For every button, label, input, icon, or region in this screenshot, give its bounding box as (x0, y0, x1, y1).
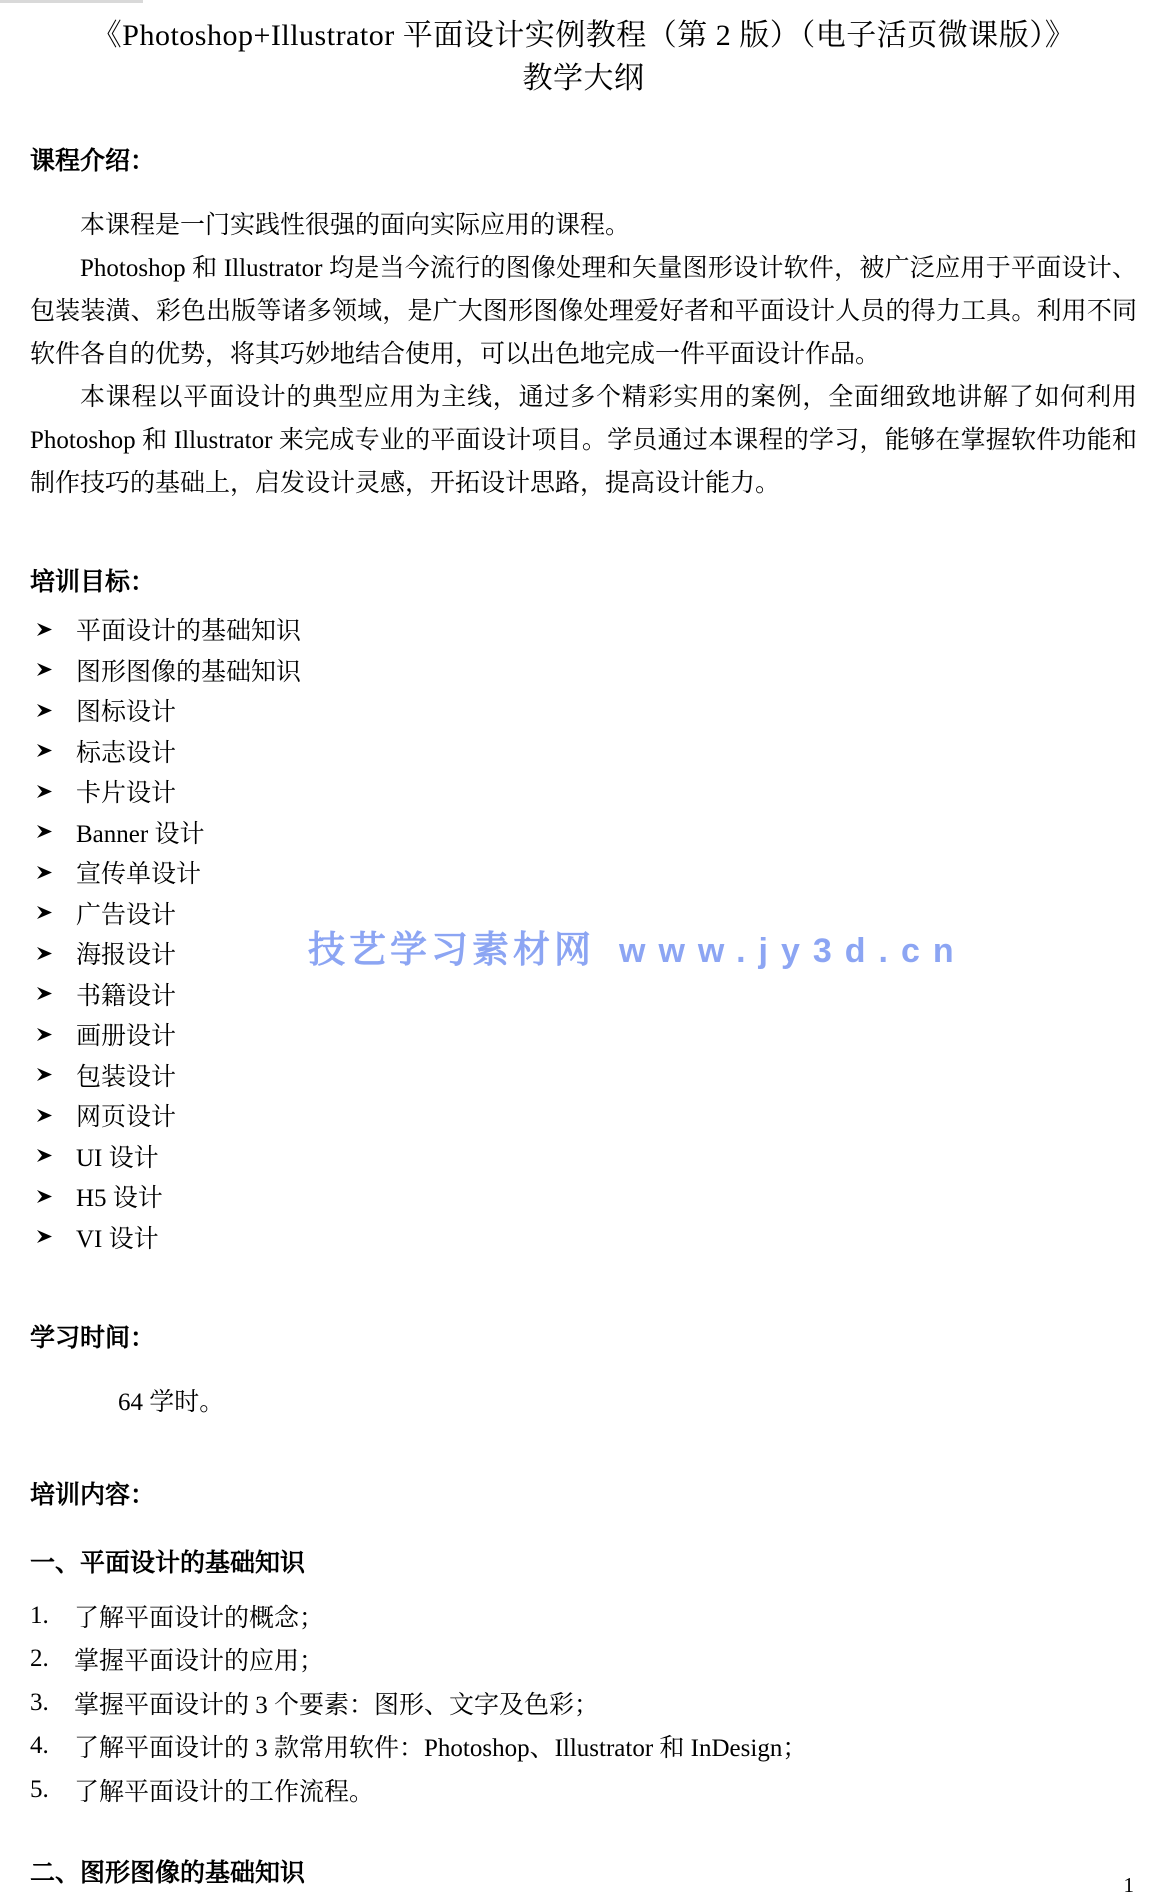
course-intro-paragraphs: 本课程是一门实践性很强的面向实际应用的课程。 Photoshop 和 Illus… (30, 204, 1137, 505)
section-1-item: 1. 了解平面设计的概念； (30, 1594, 1137, 1638)
training-goal-item: VI 设计 (30, 1217, 1137, 1258)
training-goal-label: VI 设计 (76, 1219, 159, 1255)
training-goal-item: 网页设计 (30, 1095, 1137, 1136)
arrowhead-bullet-icon (36, 1026, 54, 1043)
section-1-item: 4. 了解平面设计的 3 款常用软件：Photoshop、Illustrator… (30, 1725, 1137, 1769)
page-number: 1 (1124, 1876, 1135, 1894)
training-goal-label: UI 设计 (76, 1138, 159, 1174)
section-2-title: 二、图形图像的基础知识 (30, 1858, 1137, 1890)
training-goals-heading: 培训目标： (30, 567, 1137, 599)
arrowhead-bullet-icon (36, 1147, 54, 1164)
document-title-line1: 《Photoshop+Illustrator 平面设计实例教程（第 2 版）（电… (30, 14, 1137, 57)
arrowhead-bullet-icon (36, 985, 54, 1002)
intro-paragraph-1: 本课程是一门实践性很强的面向实际应用的课程。 (30, 204, 1137, 247)
item-number: 5. (30, 1776, 74, 1804)
training-goal-label: 平面设计的基础知识 (76, 611, 301, 647)
arrowhead-bullet-icon (36, 1107, 54, 1124)
training-goal-item: 宣传单设计 (30, 852, 1137, 893)
item-text: 了解平面设计的 3 款常用软件：Photoshop、Illustrator 和 … (74, 1728, 807, 1764)
item-number: 3. (30, 1689, 74, 1717)
item-number: 2. (30, 1645, 74, 1673)
training-goal-item: 书籍设计 (30, 974, 1137, 1015)
item-number: 4. (30, 1732, 74, 1760)
training-goal-label: 卡片设计 (76, 773, 176, 809)
training-content-heading: 培训内容： (30, 1480, 1137, 1512)
training-goal-label: 画册设计 (76, 1016, 176, 1052)
training-goal-label: 书籍设计 (76, 976, 176, 1012)
training-goal-label: 图形图像的基础知识 (76, 652, 301, 688)
section-1-item-list: 1. 了解平面设计的概念； 2. 掌握平面设计的应用； 3. 掌握平面设计的 3… (30, 1594, 1137, 1812)
arrowhead-bullet-icon (36, 864, 54, 881)
watermark-site-name: 技艺学习素材网 (308, 929, 595, 970)
section-1-item: 5. 了解平面设计的工作流程。 (30, 1768, 1137, 1812)
arrowhead-bullet-icon (36, 742, 54, 759)
training-goal-label: 标志设计 (76, 733, 176, 769)
top-edge-artifact (0, 0, 143, 3)
section-1-title: 一、平面设计的基础知识 (30, 1548, 1137, 1580)
training-goal-item: 标志设计 (30, 731, 1137, 772)
document-page: 《Photoshop+Illustrator 平面设计实例教程（第 2 版）（电… (0, 0, 1167, 1894)
intro-paragraph-3: 本课程以平面设计的典型应用为主线，通过多个精彩实用的案例，全面细致地讲解了如何利… (30, 376, 1137, 505)
training-goal-label: 图标设计 (76, 692, 176, 728)
training-goal-label: 海报设计 (76, 935, 176, 971)
arrowhead-bullet-icon (36, 1066, 54, 1083)
training-goal-label: 宣传单设计 (76, 854, 201, 890)
arrowhead-bullet-icon (36, 702, 54, 719)
training-goal-item: Banner 设计 (30, 812, 1137, 853)
section-1-item: 3. 掌握平面设计的 3 个要素：图形、文字及色彩； (30, 1681, 1137, 1725)
training-goal-label: 广告设计 (76, 895, 176, 931)
arrowhead-bullet-icon (36, 783, 54, 800)
arrowhead-bullet-icon (36, 661, 54, 678)
training-goal-label: 包装设计 (76, 1057, 176, 1093)
arrowhead-bullet-icon (36, 1188, 54, 1205)
training-goal-item: UI 设计 (30, 1136, 1137, 1177)
document-title: 《Photoshop+Illustrator 平面设计实例教程（第 2 版）（电… (30, 14, 1137, 100)
arrowhead-bullet-icon (36, 945, 54, 962)
arrowhead-bullet-icon (36, 904, 54, 921)
item-text: 掌握平面设计的应用； (74, 1641, 324, 1677)
item-text: 掌握平面设计的 3 个要素：图形、文字及色彩； (74, 1685, 599, 1721)
training-goal-item: 图标设计 (30, 690, 1137, 731)
arrowhead-bullet-icon (36, 1228, 54, 1245)
course-intro-heading: 课程介绍： (30, 146, 1137, 178)
intro-paragraph-2: Photoshop 和 Illustrator 均是当今流行的图像处理和矢量图形… (30, 247, 1137, 376)
training-goal-item: 平面设计的基础知识 (30, 609, 1137, 650)
study-time-heading: 学习时间： (30, 1323, 1137, 1355)
study-time-value: 64 学时。 (30, 1381, 1137, 1424)
training-goal-item: 卡片设计 (30, 771, 1137, 812)
document-title-line2: 教学大纲 (30, 57, 1137, 100)
item-text: 了解平面设计的概念； (74, 1598, 324, 1634)
training-goal-item: 图形图像的基础知识 (30, 650, 1137, 691)
watermark: 技艺学习素材网www.jy3d.cn (308, 919, 967, 973)
arrowhead-bullet-icon (36, 621, 54, 638)
item-text: 了解平面设计的工作流程。 (74, 1772, 374, 1808)
section-1-item: 2. 掌握平面设计的应用； (30, 1638, 1137, 1682)
arrowhead-bullet-icon (36, 823, 54, 840)
training-goal-label: Banner 设计 (76, 814, 204, 850)
training-goal-item: H5 设计 (30, 1176, 1137, 1217)
training-goal-label: 网页设计 (76, 1097, 176, 1133)
watermark-site-url: www.jy3d.cn (619, 932, 967, 970)
training-goal-item: 画册设计 (30, 1014, 1137, 1055)
item-number: 1. (30, 1602, 74, 1630)
training-goal-label: H5 设计 (76, 1178, 163, 1214)
training-goal-item: 包装设计 (30, 1055, 1137, 1096)
